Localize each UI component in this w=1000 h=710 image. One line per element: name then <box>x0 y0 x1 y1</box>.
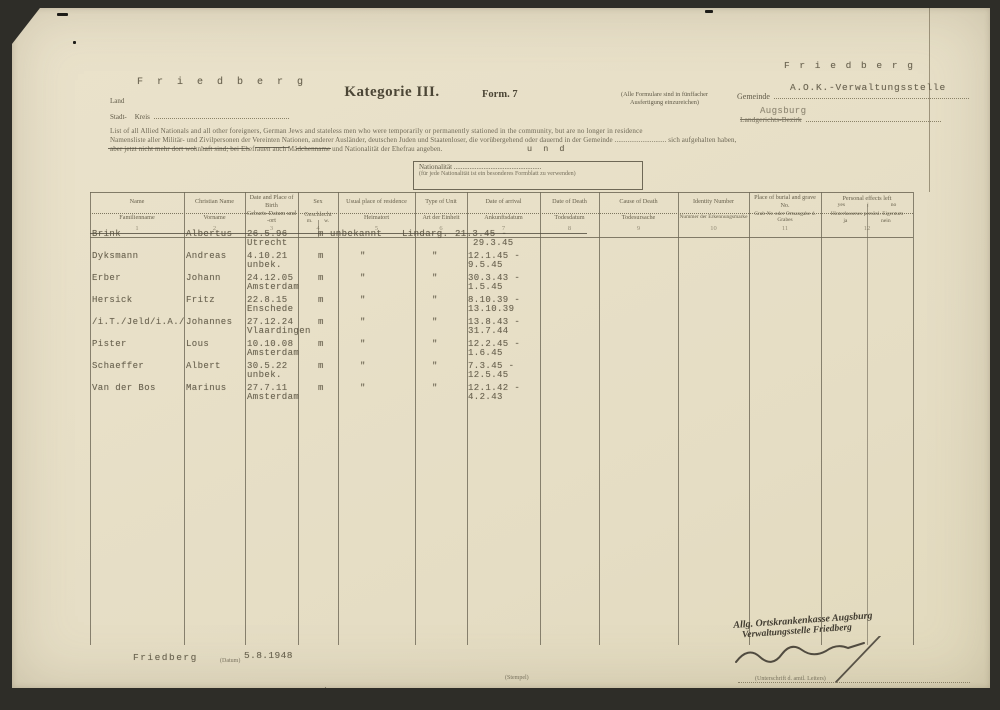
footer-den-line: den <box>115 679 446 697</box>
row-family-name: Pister <box>92 339 127 349</box>
footer-place: Friedberg <box>133 652 198 663</box>
nationality-label: Nationalität ...........................… <box>419 163 637 171</box>
table-column-line <box>298 192 299 645</box>
row-residence: " <box>360 251 366 261</box>
table-column-line <box>338 192 339 645</box>
row-family-name: Hersick <box>92 295 133 305</box>
intro-german-1: Namensliste aller Militär- und Zivilpers… <box>110 136 955 144</box>
row-residence: unbekannt <box>330 229 382 239</box>
nationality-note: (für jede Nationalität ist ein besondere… <box>419 171 637 177</box>
row-christian-name: Fritz <box>186 295 215 305</box>
bezirk-label: Landgerichts-Bezirk <box>740 115 802 124</box>
gemeinde-typed-value: A.O.K.-Verwaltungsstelle <box>790 82 946 93</box>
intro-german-2: aber jetzt nicht mehr dort wohnhaft sind… <box>110 145 550 153</box>
footer-dotted-right <box>336 683 446 692</box>
row-sex: m <box>318 317 324 327</box>
row-residence: " <box>360 339 366 349</box>
table-header-cell: Personal effects leftyes|noHinterlassene… <box>822 192 912 237</box>
strike-mark <box>296 148 331 149</box>
table-column-line <box>599 192 600 645</box>
row-sex: m <box>318 339 324 349</box>
row-christian-name: Albert <box>186 361 221 371</box>
row-strike-line <box>90 233 587 234</box>
row-family-name: Van der Bos <box>92 383 156 393</box>
table-header-cell: Identity NumberNummer der Erkennungsmark… <box>679 192 748 237</box>
bezirk-typed-value: Augsburg <box>760 106 806 116</box>
table-header-cell: Cause of DeathTodesursache9 <box>600 192 677 237</box>
intro-typed-suffix: u n d <box>527 144 568 154</box>
row-unit: Lindarg. <box>402 229 448 239</box>
scanned-form-page: { "colors":{"paper":"#e8e0c8","surround"… <box>0 0 1000 710</box>
table-column-line <box>821 192 822 645</box>
row-sex: m <box>318 383 324 393</box>
copies-note-line2: Ausfertigung einzureichen) <box>630 99 699 106</box>
persons-table: NameFamilienname1Christian NameVorname2D… <box>90 192 913 645</box>
table-column-line <box>749 192 750 645</box>
row-family-name: Brink <box>92 229 121 239</box>
scan-speck <box>73 41 76 44</box>
stempel-label: (Stempel) <box>505 675 529 681</box>
row-birth-place: unbek. <box>247 260 282 270</box>
footer-date: 5.8.1948 <box>244 650 293 661</box>
row-birth-place: Vlaardingen <box>247 326 311 336</box>
row-christian-name: Andreas <box>186 251 227 261</box>
table-column-line <box>913 192 914 645</box>
strike-mark <box>255 147 289 148</box>
row-christian-name: Johannes <box>186 317 232 327</box>
footer-dotted-left <box>115 683 320 692</box>
row-sex: m <box>318 273 324 283</box>
row-departure-date: 1.5.45 <box>468 282 503 292</box>
row-departure-date: 31.7.44 <box>468 326 509 336</box>
row-departure-date: 29.3.45 <box>473 238 514 248</box>
table-column-line <box>184 192 185 645</box>
row-residence: " <box>360 317 366 327</box>
row-family-name: Dyksmann <box>92 251 138 261</box>
stadt-label: Stadt- <box>110 113 127 121</box>
row-christian-name: Marinus <box>186 383 227 393</box>
row-unit: " <box>432 295 438 305</box>
stadt-kreis-line: Stadt- Kreis <box>110 106 289 124</box>
document-paper: F r i e d b e r g Kategorie III. Form. 7… <box>12 8 990 688</box>
table-header-cell: Place of burial and grave No.Grab-Nr. od… <box>750 192 820 237</box>
row-departure-date: 9.5.45 <box>468 260 503 270</box>
row-unit: " <box>432 339 438 349</box>
table-header-cell: Date of DeathTodesdatum8 <box>541 192 598 237</box>
intro-english: List of all Allied Nationals and all oth… <box>110 127 920 135</box>
row-departure-date: 1.6.45 <box>468 348 503 358</box>
scan-speck <box>57 13 68 16</box>
typed-place-left: F r i e d b e r g <box>137 77 307 88</box>
scan-speck <box>705 10 713 13</box>
footer-den-label: den <box>323 686 333 694</box>
row-sex: m <box>318 251 324 261</box>
row-residence: " <box>360 273 366 283</box>
row-christian-name: Albertus <box>186 229 232 239</box>
land-label: Land <box>110 97 124 105</box>
row-unit: " <box>432 273 438 283</box>
row-sex: m <box>318 229 324 239</box>
row-departure-date: 13.10.39 <box>468 304 514 314</box>
paper-crease <box>929 8 930 192</box>
row-sex: m <box>318 361 324 371</box>
row-residence: " <box>360 361 366 371</box>
row-christian-name: Lous <box>186 339 209 349</box>
table-column-line <box>245 192 246 645</box>
row-family-name: Schaeffer <box>92 361 144 371</box>
table-column-line <box>90 192 91 645</box>
row-departure-date: 4.2.43 <box>468 392 503 402</box>
row-unit: " <box>432 317 438 327</box>
row-unit: " <box>432 361 438 371</box>
row-birth-place: unbek. <box>247 370 282 380</box>
copies-note: (Alle Formulare sind in fünffacher Ausfe… <box>597 91 732 107</box>
row-residence: " <box>360 295 366 305</box>
table-column-line <box>415 192 416 645</box>
nationality-box: Nationalität ...........................… <box>413 161 643 190</box>
row-birth-place: Amsterdam <box>247 392 299 402</box>
row-birth-place: Amsterdam <box>247 348 299 358</box>
form-number: Form. 7 <box>482 89 518 100</box>
table-column-line <box>678 192 679 645</box>
form-title: Kategorie III. <box>322 84 462 101</box>
kreis-label: Kreis <box>135 113 150 121</box>
strike-mark <box>203 148 249 149</box>
effects-yes-no-divider <box>867 204 868 645</box>
row-birth-place: Enschede <box>247 304 293 314</box>
table-column-line <box>540 192 541 645</box>
signature-label: (Unterschrift d. amtl. Leiters) <box>755 676 826 682</box>
bezirk-dotted-line <box>806 113 941 122</box>
footer-datum-label: (Datum) <box>220 658 240 664</box>
row-unit: " <box>432 383 438 393</box>
row-birth-place: Utrecht <box>247 238 288 248</box>
row-birth-place: Amsterdam <box>247 282 299 292</box>
copies-note-line1: (Alle Formulare sind in fünffacher <box>621 91 708 98</box>
row-family-name: Erber <box>92 273 121 283</box>
row-sex: m <box>318 295 324 305</box>
gemeinde-label: Gemeinde <box>737 92 770 101</box>
row-unit: " <box>432 251 438 261</box>
row-christian-name: Johann <box>186 273 221 283</box>
stadt-kreis-dotted-line <box>154 110 289 119</box>
row-residence: " <box>360 383 366 393</box>
row-departure-date: 12.5.45 <box>468 370 509 380</box>
typed-place-right: F r i e d b e r g <box>784 60 915 71</box>
row-family-name: /i.T./Jeld/i.A./ <box>92 317 185 327</box>
strike-mark <box>108 148 196 149</box>
